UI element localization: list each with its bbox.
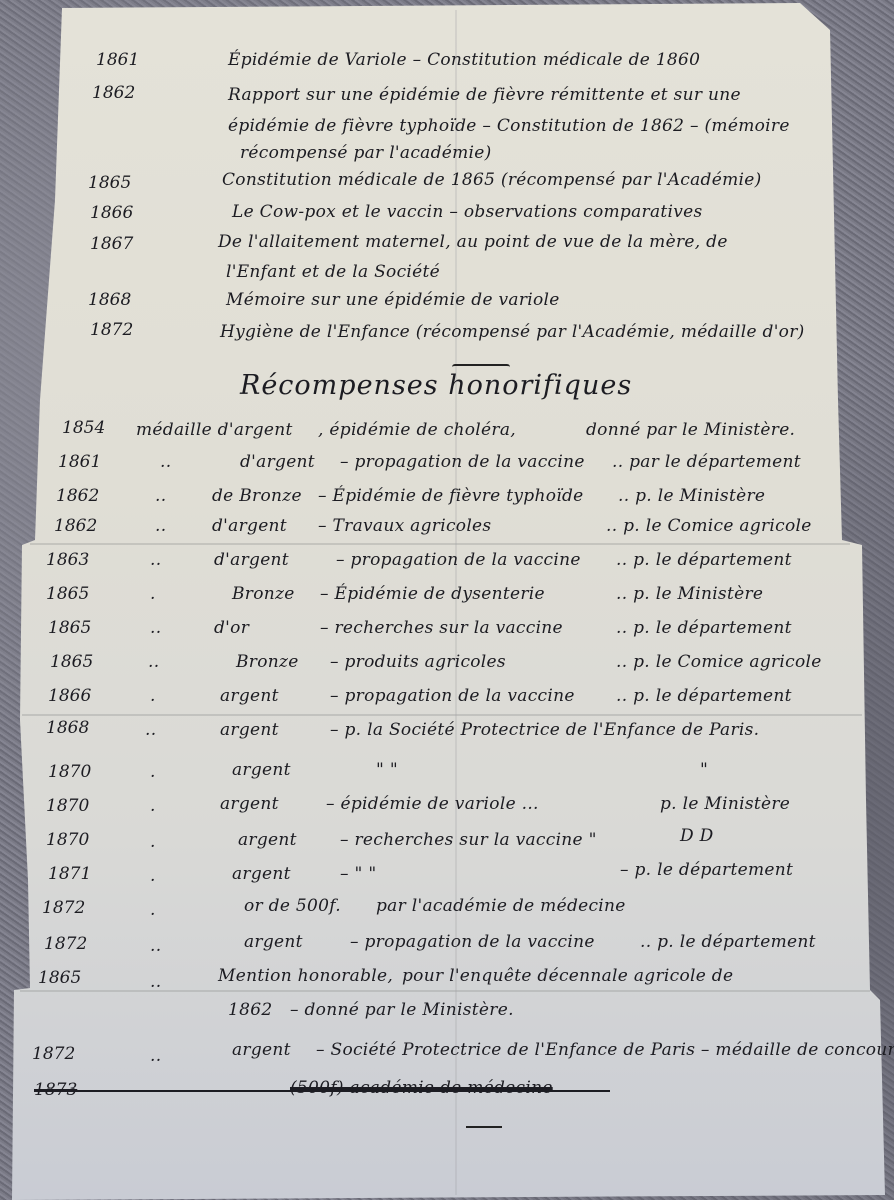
award-year: 1870	[48, 762, 91, 782]
struck-text: (500f) académie de médecine	[290, 1078, 553, 1098]
publication-year: 1865	[88, 173, 131, 193]
publication-title-continued: l'Enfant et de la Société	[226, 262, 440, 282]
award-subject: – donné par le Ministère.	[290, 1000, 514, 1020]
award-ditto: .	[150, 686, 156, 706]
award-medal: argent	[232, 1040, 291, 1060]
award-subject: – propagation de la vaccine	[330, 686, 575, 706]
award-subject: – propagation de la vaccine	[340, 452, 585, 472]
publication-title: Mémoire sur une épidémie de variole	[226, 290, 560, 310]
award-ditto: ..	[150, 972, 161, 992]
award-ditto: .	[150, 832, 156, 852]
award-medal: de Bronze	[212, 486, 302, 506]
award-ditto: ..	[155, 516, 166, 536]
award-ditto: ..	[150, 550, 161, 570]
award-subject: – recherches sur la vaccine "	[340, 830, 597, 850]
award-subject: – " "	[340, 864, 376, 884]
award-giver: D D	[680, 826, 714, 846]
award-year: 1861	[58, 452, 101, 472]
award-year: 1872	[32, 1044, 75, 1064]
publication-year: 1872	[90, 320, 133, 340]
award-ditto: .	[150, 762, 156, 782]
award-giver: .. p. le département	[616, 550, 792, 570]
award-giver: .. p. le Ministère	[616, 584, 763, 604]
publication-title: Le Cow-pox et le vaccin – observations c…	[232, 202, 703, 222]
award-giver: donné par le Ministère.	[586, 420, 795, 440]
award-year: 1870	[46, 796, 89, 816]
award-year: 1865	[46, 584, 89, 604]
award-medal: médaille d'argent	[136, 420, 293, 440]
award-subject: – épidémie de variole ...	[326, 794, 539, 814]
award-ditto: .	[150, 866, 156, 886]
award-medal: Bronze	[236, 652, 299, 672]
publication-title: Hygiène de l'Enfance (récompensé par l'A…	[220, 322, 805, 342]
award-medal: Mention honorable,	[218, 966, 393, 986]
award-medal: argent	[238, 830, 297, 850]
publication-title: De l'allaitement maternel, au point de v…	[218, 232, 728, 252]
award-medal: 1862	[228, 1000, 272, 1020]
award-year: 1865	[38, 968, 81, 988]
award-giver: .. p. le département	[640, 932, 816, 952]
award-subject: pour l'enquête décennale agricole de	[402, 966, 733, 986]
award-medal: d'argent	[240, 452, 315, 472]
award-medal: argent	[220, 686, 279, 706]
award-subject: – Société Protectrice de l'Enfance de Pa…	[316, 1040, 894, 1060]
publication-title-continued: épidémie de fièvre typhoïde – Constituti…	[228, 116, 790, 136]
award-giver: – p. le département	[620, 860, 793, 880]
manuscript-content: 1861 Épidémie de Variole – Constitution …	[0, 0, 894, 1200]
award-giver: .. p. le Ministère	[618, 486, 765, 506]
award-medal: d'argent	[214, 550, 289, 570]
award-giver: .. p. le département	[616, 686, 792, 706]
publication-year: 1868	[88, 290, 131, 310]
award-medal: argent	[232, 760, 291, 780]
award-year: 1862	[56, 486, 99, 506]
award-subject: – recherches sur la vaccine	[320, 618, 563, 638]
award-giver: .. p. le Comice agricole	[616, 652, 822, 672]
award-year: 1868	[46, 718, 89, 738]
award-giver: .. p. le Comice agricole	[606, 516, 812, 536]
award-ditto: ..	[150, 936, 161, 956]
award-year: 1872	[44, 934, 87, 954]
award-year: 1865	[48, 618, 91, 638]
publication-year: 1862	[92, 83, 135, 103]
award-year: 1854	[62, 418, 105, 438]
award-subject: , épidémie de choléra,	[318, 420, 516, 440]
publication-title-continued: récompensé par l'académie)	[240, 143, 492, 163]
award-ditto: .	[150, 796, 156, 816]
award-medal: Bronze	[232, 584, 295, 604]
award-medal: argent	[220, 720, 279, 740]
award-year: 1865	[50, 652, 93, 672]
award-medal: or de 500f.	[244, 896, 341, 916]
award-ditto: ..	[155, 486, 166, 506]
strikethrough-line	[34, 1090, 610, 1092]
award-medal: argent	[232, 864, 291, 884]
award-year: 1862	[54, 516, 97, 536]
award-subject: – Travaux agricoles	[318, 516, 491, 536]
award-giver: "	[700, 760, 708, 780]
award-subject: – Épidémie de fièvre typhoïde	[318, 486, 584, 506]
publication-title: Constitution médicale de 1865 (récompens…	[222, 170, 762, 190]
award-giver: .. p. le département	[616, 618, 792, 638]
award-year: 1866	[48, 686, 91, 706]
award-year: 1872	[42, 898, 85, 918]
award-ditto: .	[150, 900, 156, 920]
publication-year: 1861	[96, 50, 139, 70]
award-subject: – Épidémie de dysenterie	[320, 584, 545, 604]
awards-heading: Récompenses honorifiques	[240, 370, 632, 401]
award-medal: argent	[244, 932, 303, 952]
award-medal: d'argent	[212, 516, 287, 536]
award-subject: – produits agricoles	[330, 652, 506, 672]
award-giver: p. le Ministère	[660, 794, 790, 814]
award-ditto: ..	[160, 452, 171, 472]
award-subject: – propagation de la vaccine	[336, 550, 581, 570]
award-year: 1863	[46, 550, 89, 570]
publication-year: 1866	[90, 203, 133, 223]
award-medal: d'or	[214, 618, 249, 638]
award-ditto: ..	[145, 720, 156, 740]
award-subject: par l'académie de médecine	[376, 896, 626, 916]
award-ditto: ..	[150, 1046, 161, 1066]
award-medal: argent	[220, 794, 279, 814]
award-ditto: ..	[150, 618, 161, 638]
award-ditto: ..	[148, 652, 159, 672]
publication-title: Épidémie de Variole – Constitution médic…	[228, 50, 700, 70]
award-year: 1870	[46, 830, 89, 850]
closing-dash	[466, 1126, 502, 1128]
publication-year: 1867	[90, 234, 133, 254]
award-subject: – propagation de la vaccine	[350, 932, 595, 952]
award-subject: " "	[376, 760, 398, 780]
award-ditto: .	[150, 584, 156, 604]
award-year: 1871	[48, 864, 91, 884]
publication-title: Rapport sur une épidémie de fièvre rémit…	[228, 85, 741, 105]
award-giver: .. par le département	[612, 452, 801, 472]
award-subject: – p. la Société Protectrice de l'Enfance…	[330, 720, 759, 740]
